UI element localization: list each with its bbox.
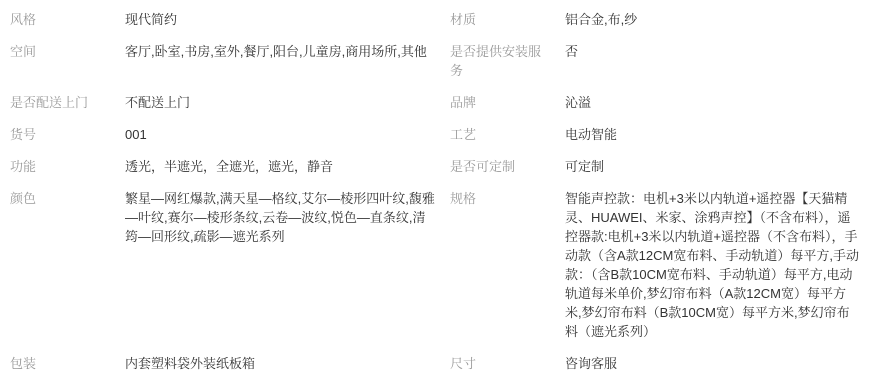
spec-value-space: 客厅,卧室,书房,室外,餐厅,阳台,儿童房,商用场所,其他 — [125, 42, 450, 61]
spec-value-function: 透光，半遮光，全遮光，遮光，静音 — [125, 157, 450, 176]
spec-value-brand: 沁溢 — [565, 93, 862, 112]
spec-label-function: 功能 — [10, 157, 125, 176]
product-specs-table: 风格 现代简约 材质 铝合金,布,纱 空间 客厅,卧室,书房,室外,餐厅,阳台,… — [0, 0, 870, 374]
spec-value-installation-service: 否 — [565, 42, 862, 61]
spec-label-brand: 品牌 — [450, 93, 565, 112]
spec-value-size: 咨询客服 — [565, 354, 862, 373]
spec-value-specification: 智能声控款：电机+3米以内轨道+遥控器【天猫精灵、HUAWEI、米家、涂鸦声控】… — [565, 189, 862, 341]
spec-value-material: 铝合金,布,纱 — [565, 10, 862, 29]
spec-label-size: 尺寸 — [450, 354, 565, 373]
spec-label-packaging: 包装 — [10, 354, 125, 373]
spec-row-style-material: 风格 现代简约 材质 铝合金,布,纱 — [10, 10, 862, 29]
spec-row-space-installation: 空间 客厅,卧室,书房,室外,餐厅,阳台,儿童房,商用场所,其他 是否提供安装服… — [10, 42, 862, 80]
spec-value-customizable: 可定制 — [565, 157, 862, 176]
spec-value-item-number: 001 — [125, 125, 450, 144]
spec-label-item-number: 货号 — [10, 125, 125, 144]
spec-label-customizable: 是否可定制 — [450, 157, 565, 176]
spec-value-craft: 电动智能 — [565, 125, 862, 144]
spec-label-color: 颜色 — [10, 189, 125, 208]
spec-value-style: 现代简约 — [125, 10, 450, 29]
spec-label-home-delivery: 是否配送上门 — [10, 93, 125, 112]
spec-row-packaging-size: 包装 内套塑料袋外装纸板箱 尺寸 咨询客服 — [10, 354, 862, 373]
spec-label-style: 风格 — [10, 10, 125, 29]
spec-label-specification: 规格 — [450, 189, 565, 208]
spec-label-craft: 工艺 — [450, 125, 565, 144]
spec-row-function-customizable: 功能 透光，半遮光，全遮光，遮光，静音 是否可定制 可定制 — [10, 157, 862, 176]
spec-row-delivery-brand: 是否配送上门 不配送上门 品牌 沁溢 — [10, 93, 862, 112]
spec-row-color-specification: 颜色 繁星—网红爆款,满天星—格纹,艾尔—棱形四叶纹,馥雅—叶纹,赛尔—棱形条纹… — [10, 189, 862, 341]
spec-value-home-delivery: 不配送上门 — [125, 93, 450, 112]
spec-label-material: 材质 — [450, 10, 565, 29]
spec-value-packaging: 内套塑料袋外装纸板箱 — [125, 354, 450, 373]
spec-label-space: 空间 — [10, 42, 125, 61]
spec-label-installation-service: 是否提供安装服务 — [450, 42, 565, 80]
spec-value-color: 繁星—网红爆款,满天星—格纹,艾尔—棱形四叶纹,馥雅—叶纹,赛尔—棱形条纹,云卷… — [125, 189, 450, 246]
spec-row-itemno-craft: 货号 001 工艺 电动智能 — [10, 125, 862, 144]
